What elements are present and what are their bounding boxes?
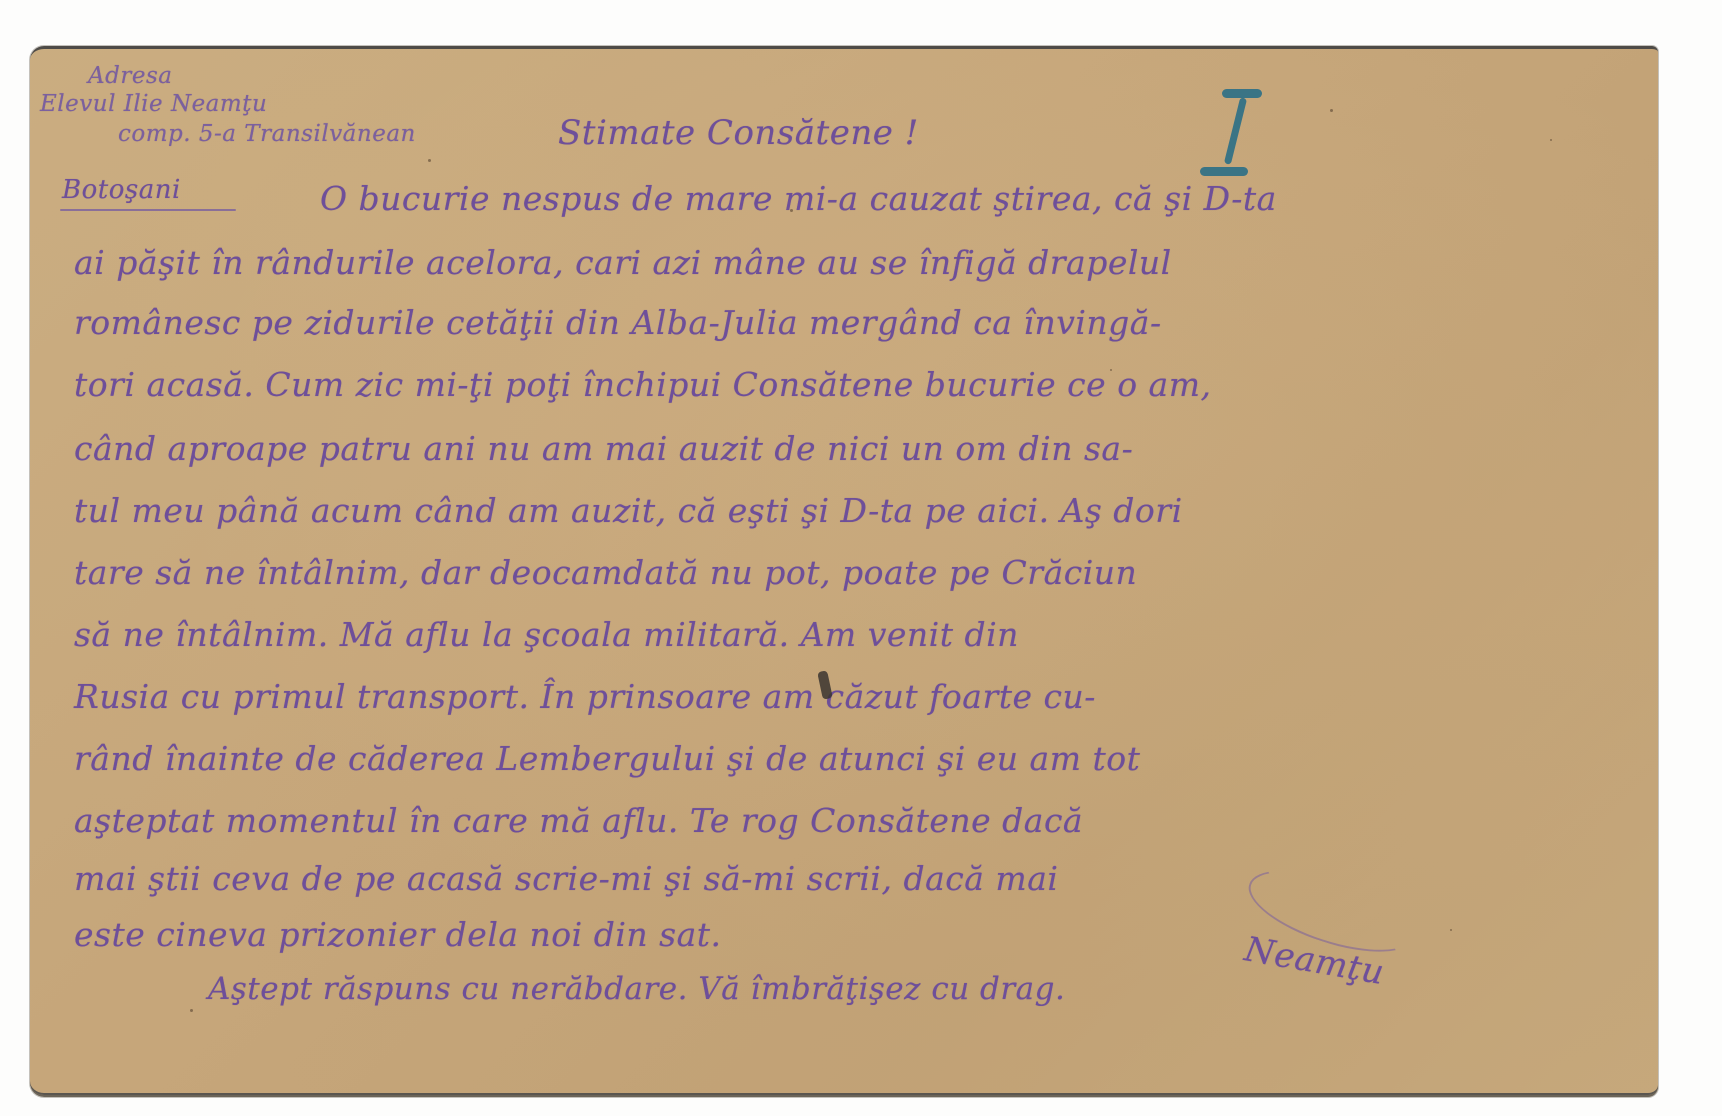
letter-line: ai păşit în rândurile acelora, cari azi … xyxy=(74,243,1172,282)
address-label: Adresa xyxy=(88,61,172,91)
paper-speck xyxy=(1450,929,1452,931)
paper-speck xyxy=(1550,139,1552,141)
letter-line: mai ştii ceva de pe acasă scrie-mi şi să… xyxy=(74,859,1058,898)
letter-closing: Aştept răspuns cu nerăbdare. Vă îmbrăţiş… xyxy=(208,971,1065,1007)
letter-line: O bucurie nespus de mare mi-a cauzat şti… xyxy=(320,179,1277,218)
roman-mark-top-bar xyxy=(1222,89,1262,98)
letter-line: Rusia cu primul transport. În prinsoare … xyxy=(74,677,1096,716)
letter-line: aşteptat momentul în care mă aflu. Te ro… xyxy=(74,801,1083,840)
address-city-underline xyxy=(60,209,236,211)
letter-line: tul meu până acum când am auzit, că eşti… xyxy=(74,491,1183,530)
address-city: Botoşani xyxy=(62,175,181,205)
letter-line: românesc pe zidurile cetăţii din Alba-Ju… xyxy=(74,303,1162,342)
scanned-postcard: Adresa Elevul Ilie Neamţu comp. 5-a Tran… xyxy=(0,0,1722,1116)
letter-line: rând înainte de căderea Lembergului şi d… xyxy=(74,739,1140,778)
letter-line: să ne întâlnim. Mă aflu la şcoala milita… xyxy=(74,615,1019,654)
paper-speck xyxy=(1330,109,1333,112)
letter-line: când aproape patru ani nu am mai auzit d… xyxy=(74,429,1133,468)
paper-speck xyxy=(428,159,431,162)
roman-mark-stem xyxy=(1224,97,1247,165)
address-unit: comp. 5-a Transilvănean xyxy=(118,119,416,149)
paper-speck xyxy=(190,1009,193,1012)
letter-line: tori acasă. Cum zic mi-ţi poţi închipui … xyxy=(74,365,1212,404)
roman-mark-bottom-bar xyxy=(1200,167,1248,176)
address-recipient: Elevul Ilie Neamţu xyxy=(40,89,267,119)
letter-line: este cineva prizonier dela noi din sat. xyxy=(74,915,722,954)
postcard-card: Adresa Elevul Ilie Neamţu comp. 5-a Tran… xyxy=(30,46,1658,1097)
roman-numeral-mark xyxy=(1180,67,1290,187)
letter-greeting: Stimate Consătene ! xyxy=(558,113,919,153)
letter-line: tare să ne întâlnim, dar deocamdată nu p… xyxy=(74,553,1137,592)
